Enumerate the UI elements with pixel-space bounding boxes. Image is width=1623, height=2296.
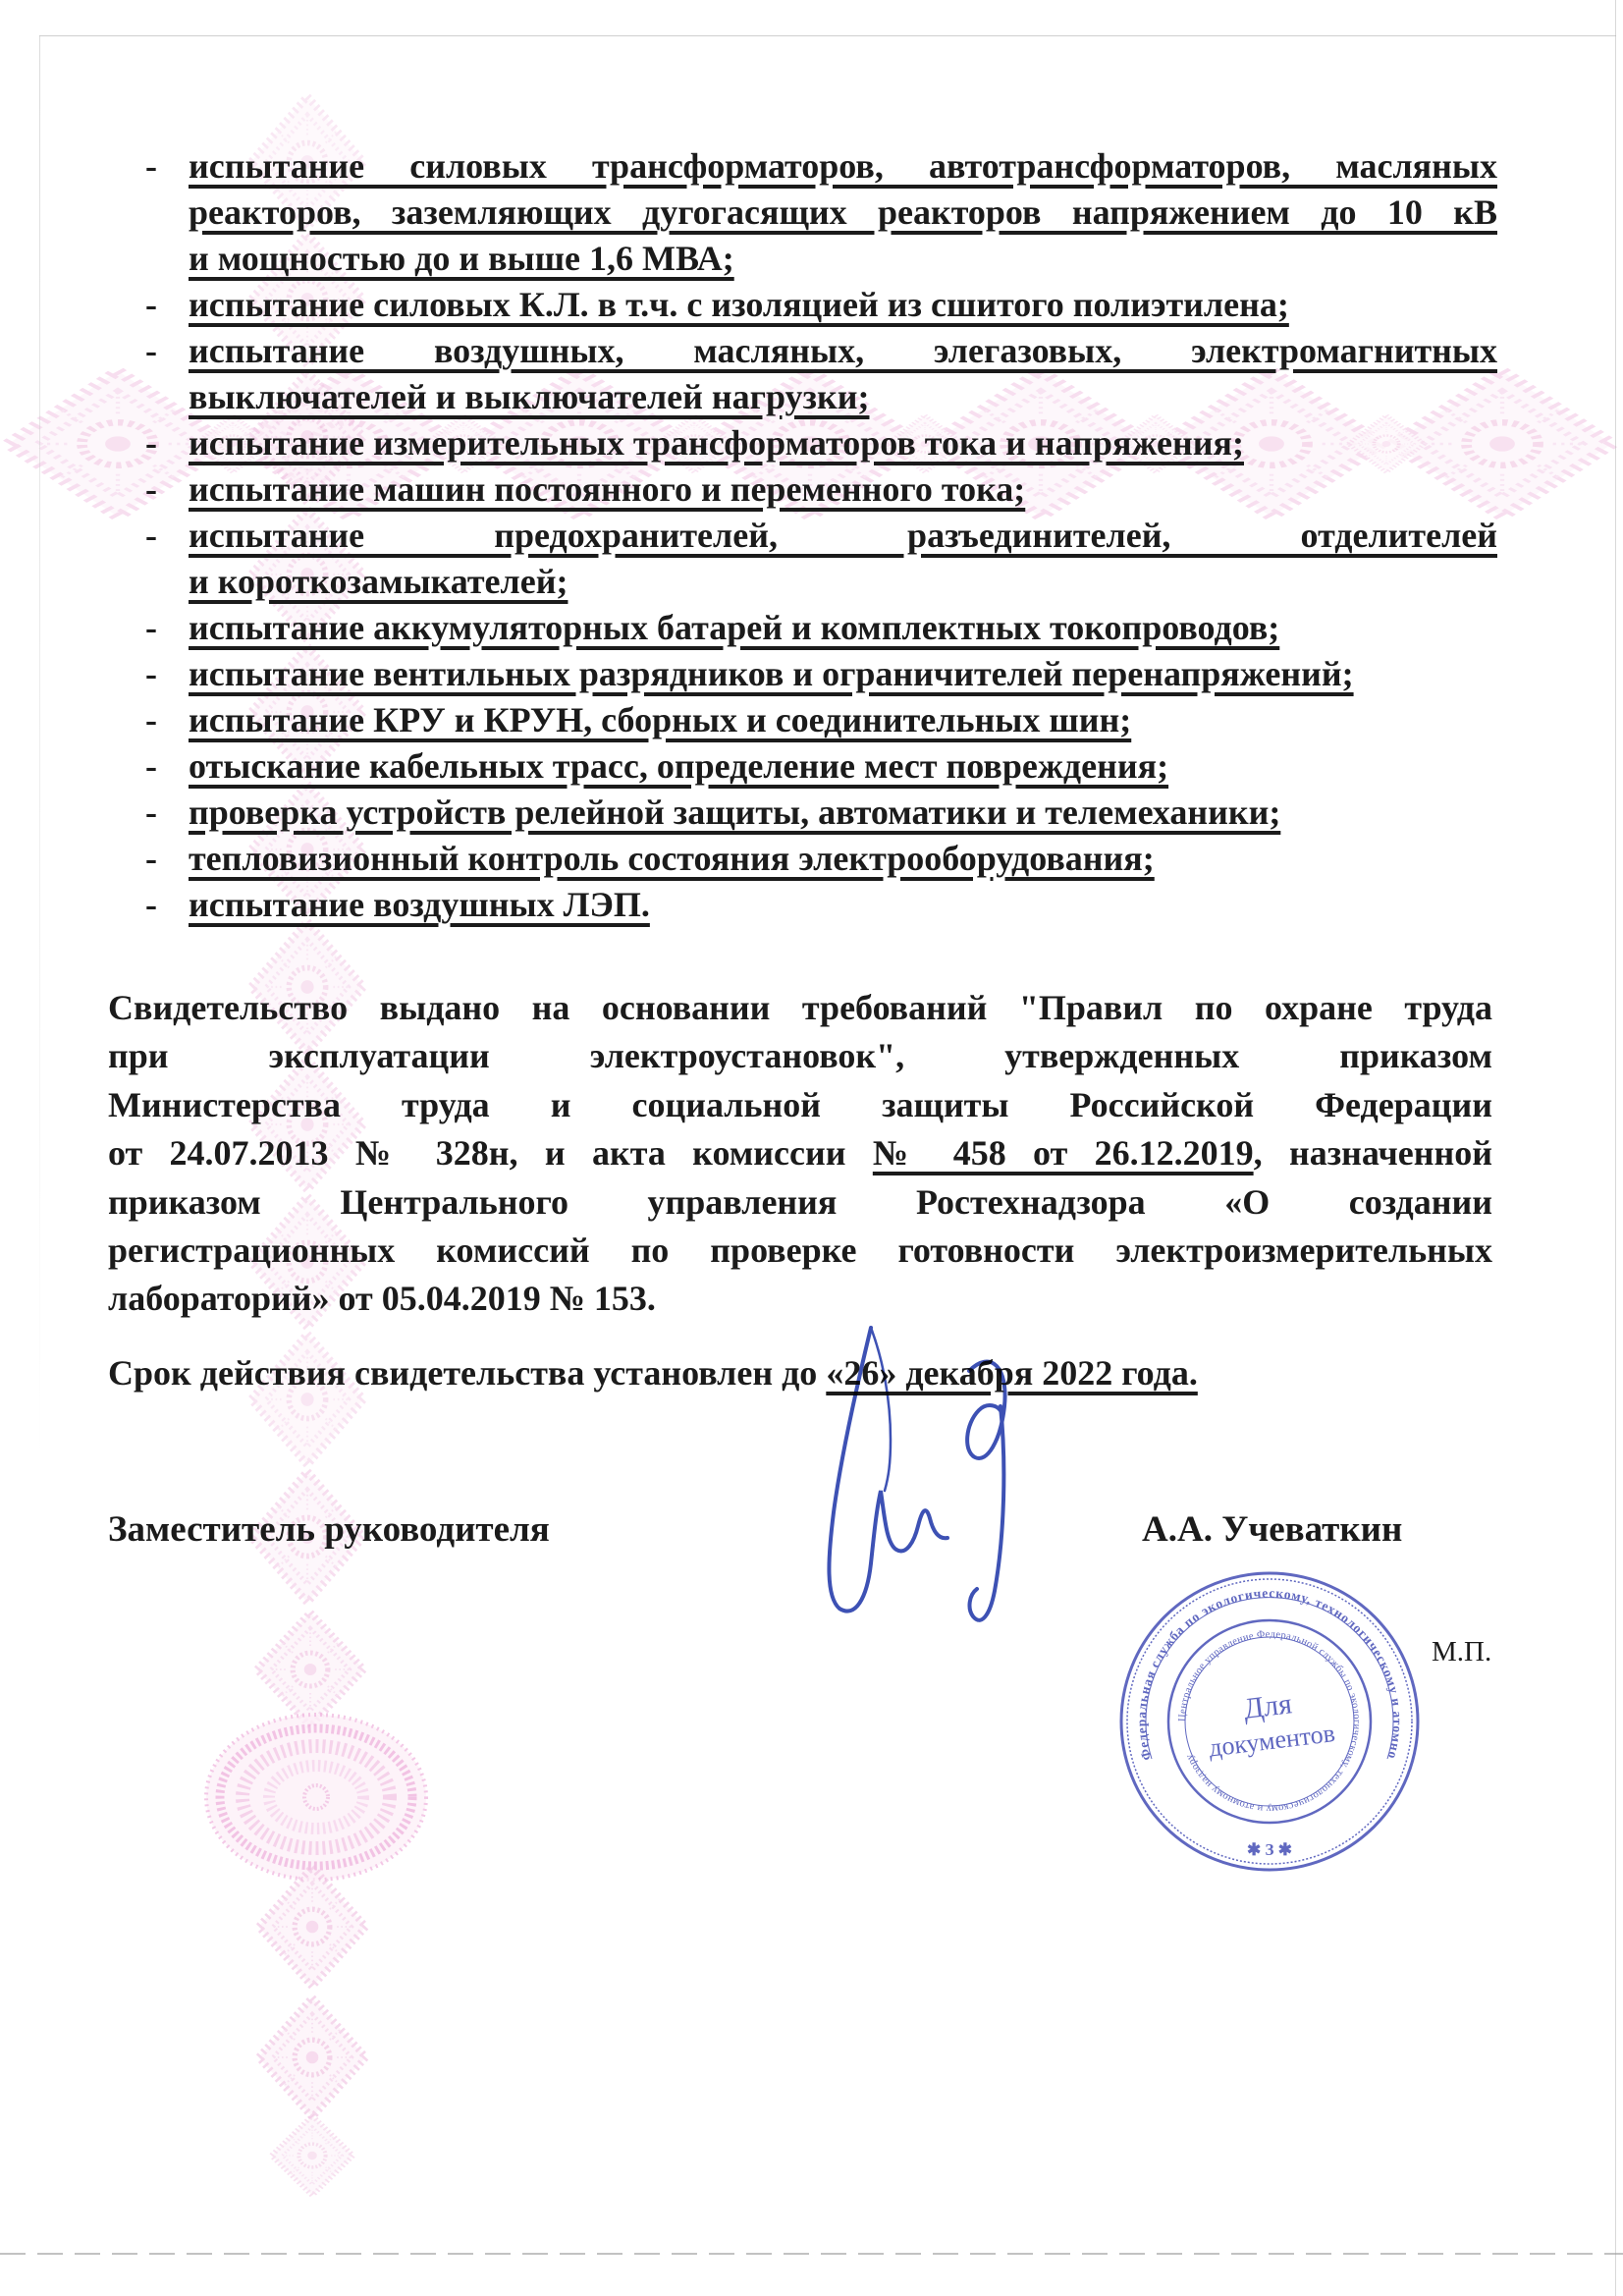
list-bullet-dash: - bbox=[145, 790, 157, 836]
list-item: -испытание вентильных разрядников и огра… bbox=[189, 651, 1497, 697]
text-line: испытание аккумуляторных батарей и компл… bbox=[189, 605, 1497, 651]
signature-autograph bbox=[751, 1316, 1046, 1650]
list-bullet-dash: - bbox=[145, 836, 157, 882]
list-item: -отыскание кабельных трасс, определение … bbox=[189, 743, 1497, 790]
text-line: приказом Центрального управления Ростехн… bbox=[108, 1178, 1492, 1227]
list-item: -проверка устройств релейной защиты, авт… bbox=[189, 790, 1497, 836]
text-line: испытание воздушных, масляных, элегазовы… bbox=[189, 328, 1497, 374]
stamp-center-line2: документов bbox=[1207, 1719, 1336, 1763]
list-item: -испытание силовых К.Л. в т.ч. с изоляци… bbox=[189, 282, 1497, 328]
text-line: тепловизионный контроль состояния электр… bbox=[189, 836, 1497, 882]
list-item: -испытание воздушных, масляных, элегазов… bbox=[189, 328, 1497, 420]
scan-edge-top bbox=[39, 35, 1616, 36]
stamp-bottom-marks: ✱ З ✱ bbox=[1247, 1840, 1292, 1859]
list-item: -испытание силовых трансформаторов, авто… bbox=[189, 143, 1497, 282]
stamp-center-line1: Для bbox=[1242, 1687, 1294, 1725]
text-line: и мощностью до и выше 1,6 МВА; bbox=[189, 236, 1497, 282]
services-list: -испытание силовых трансформаторов, авто… bbox=[189, 143, 1497, 928]
text-line: испытание силовых трансформаторов, автот… bbox=[189, 143, 1497, 190]
text-line: реакторов, заземляющих дугогасящих реакт… bbox=[189, 190, 1497, 236]
text-line: и короткозамыкателей; bbox=[189, 559, 1497, 605]
text-line: при эксплуатации электроустановок", утве… bbox=[108, 1032, 1492, 1080]
text-line: испытание предохранителей, разъединителе… bbox=[189, 513, 1497, 559]
list-bullet-dash: - bbox=[145, 420, 157, 466]
text-line: отыскание кабельных трасс, определение м… bbox=[189, 743, 1497, 790]
list-item: -испытание измерительных трансформаторов… bbox=[189, 420, 1497, 466]
round-stamp: Федеральная служба по экологическому, те… bbox=[1108, 1559, 1432, 1884]
list-bullet-dash: - bbox=[145, 513, 157, 559]
scan-edge-right bbox=[1615, 0, 1616, 2296]
list-bullet-dash: - bbox=[145, 882, 157, 928]
seal-place-label: М.П. bbox=[1432, 1636, 1491, 1668]
text-line: выключателей и выключателей нагрузки; bbox=[189, 374, 1497, 420]
scan-edge-bottom bbox=[0, 2253, 1623, 2255]
text-line: испытание силовых К.Л. в т.ч. с изоляцие… bbox=[189, 282, 1497, 328]
scan-edge-left bbox=[39, 35, 40, 1459]
list-bullet-dash: - bbox=[145, 282, 157, 328]
basis-paragraph: Свидетельство выдано на основании требов… bbox=[108, 984, 1492, 1324]
text-line: от 24.07.2013 № 328н, и акта комиссии № … bbox=[108, 1129, 1492, 1177]
list-bullet-dash: - bbox=[145, 328, 157, 374]
text-line: испытание воздушных ЛЭП. bbox=[189, 882, 1497, 928]
list-bullet-dash: - bbox=[145, 697, 157, 743]
list-bullet-dash: - bbox=[145, 143, 157, 190]
list-item: -испытание аккумуляторных батарей и комп… bbox=[189, 605, 1497, 651]
list-item: -испытание КРУ и КРУН, сборных и соедини… bbox=[189, 697, 1497, 743]
text-line: испытание вентильных разрядников и огран… bbox=[189, 651, 1497, 697]
text-line: испытание КРУ и КРУН, сборных и соединит… bbox=[189, 697, 1497, 743]
signer-title: Заместитель руководителя bbox=[108, 1508, 550, 1551]
text-line: регистрационных комиссий по проверке гот… bbox=[108, 1227, 1492, 1275]
list-bullet-dash: - bbox=[145, 743, 157, 790]
list-item: -испытание предохранителей, разъединител… bbox=[189, 513, 1497, 605]
text-line: Свидетельство выдано на основании требов… bbox=[108, 984, 1492, 1032]
list-item: -испытание машин постоянного и переменно… bbox=[189, 466, 1497, 513]
text-line: испытание измерительных трансформаторов … bbox=[189, 420, 1497, 466]
text-line: Министерства труда и социальной защиты Р… bbox=[108, 1081, 1492, 1129]
signer-name: А.А. Учеваткин bbox=[1142, 1508, 1402, 1551]
text-line: проверка устройств релейной защиты, авто… bbox=[189, 790, 1497, 836]
list-bullet-dash: - bbox=[145, 651, 157, 697]
list-bullet-dash: - bbox=[145, 605, 157, 651]
list-item: -тепловизионный контроль состояния элект… bbox=[189, 836, 1497, 882]
list-bullet-dash: - bbox=[145, 466, 157, 513]
list-item: -испытание воздушных ЛЭП. bbox=[189, 882, 1497, 928]
text-line: испытание машин постоянного и переменног… bbox=[189, 466, 1497, 513]
